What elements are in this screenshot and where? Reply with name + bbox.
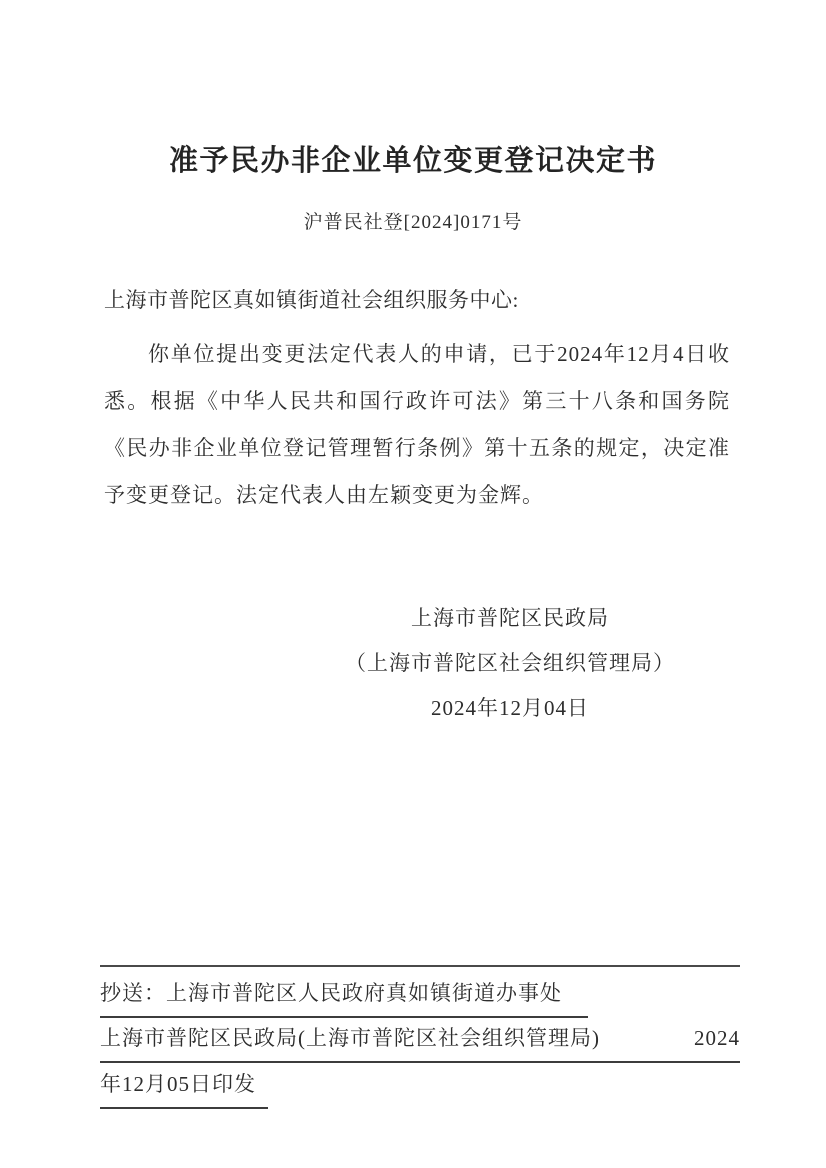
- document-number: 沪普民社登[2024]0171号: [0, 207, 826, 234]
- body-line-2: 悉。根据《中华人民共和国行政许可法》第三十八条和国务院: [104, 378, 730, 425]
- signature-org: 上海市普陀区民政局: [240, 596, 780, 641]
- footer-divider: [100, 965, 740, 967]
- signature-block: 上海市普陀区民政局 （上海市普陀区社会组织管理局） 2024年12月04日: [240, 596, 780, 731]
- body-line-1: 你单位提出变更法定代表人的申请，已于2024年12月4日收: [104, 331, 730, 378]
- document-page: 准予民办非企业单位变更登记决定书 沪普民社登[2024]0171号 上海市普陀区…: [0, 0, 826, 1168]
- body-paragraph: 你单位提出变更法定代表人的申请，已于2024年12月4日收 悉。根据《中华人民共…: [104, 331, 730, 519]
- document-title: 准予民办非企业单位变更登记决定书: [0, 138, 826, 179]
- body-line-3: 《民办非企业单位登记管理暂行条例》第十五条的规定，决定准: [104, 425, 730, 472]
- footer-issue-date-line: 年12月05日印发: [100, 1068, 268, 1109]
- footer-issuer-year: 2024: [694, 1026, 740, 1051]
- body-line-4: 予变更登记。法定代表人由左颖变更为金辉。: [104, 472, 730, 519]
- footer-cc-line: 抄送：上海市普陀区人民政府真如镇街道办事处: [100, 977, 588, 1018]
- recipient-line: 上海市普陀区真如镇街道社会组织服务中心:: [104, 284, 519, 314]
- footer-issuer-text: 上海市普陀区民政局(上海市普陀区社会组织管理局): [100, 1022, 600, 1052]
- signature-date: 2024年12月04日: [240, 686, 780, 731]
- signature-org-alias: （上海市普陀区社会组织管理局）: [240, 641, 780, 686]
- footer-issuer-line: 上海市普陀区民政局(上海市普陀区社会组织管理局) 2024: [100, 1022, 740, 1063]
